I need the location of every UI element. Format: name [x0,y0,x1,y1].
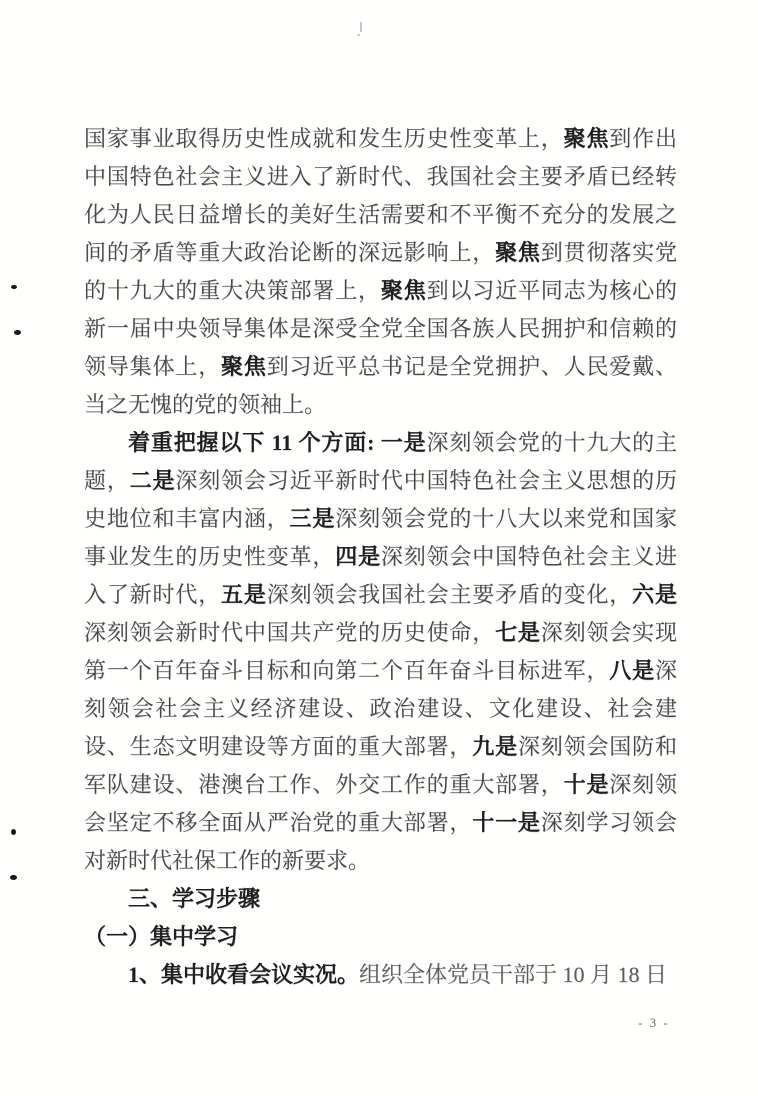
document-page: 国家事业取得历史性成就和发生历史性变革上，聚焦到作出中国特色社会主义进入了新时代… [0,0,758,1096]
text-run-bold: 八是 [609,658,655,683]
text-run-bold: 六是 [632,582,677,607]
paragraph-watch-broadcast: 1、集中收看会议实况。组织全体党员干部于 10 月 18 日 [84,956,677,994]
scan-speck [11,285,17,289]
text-run: 深刻领会我国社会主要矛盾的变化， [267,582,632,607]
text-run-bold: 十是 [564,772,610,797]
text-run-bold: 二是 [130,468,176,493]
page-number: - 3 - [638,1015,670,1031]
text-run-bold: 四是 [335,544,381,569]
text-run: 国家事业取得历史性成就和发生历史性变革上， [84,126,564,151]
scan-mark-bar [360,22,362,32]
text-run-bold: 七是 [495,620,541,645]
text-run-bold: 着重把握以下 11 个方面: 一是 [128,430,427,455]
paragraph-eleven-aspects: 着重把握以下 11 个方面: 一是深刻领会党的十九大的主题，二是深刻领会习近平新… [84,424,677,880]
body-text: 国家事业取得历史性成就和发生历史性变革上，聚焦到作出中国特色社会主义进入了新时代… [84,120,677,994]
text-run-bold: 五是 [221,582,267,607]
text-run-bold: 十一是 [472,810,541,835]
heading-study-steps: 三、学习步骤 [84,880,677,918]
scan-speck [14,330,21,335]
scan-mark-dot [357,34,360,36]
text-run-bold: 九是 [472,734,518,759]
text-run-bold: 1、集中收看会议实况。 [128,962,359,987]
text-run: 深刻领会新时代中国共产党的历史使命， [84,620,495,645]
scan-speck [11,829,16,835]
scan-speck [10,875,17,880]
text-run: 组织全体党员干部于 10 月 18 日 [359,962,667,987]
text-run-bold: 聚焦 [221,354,267,379]
scan-mark-top [356,22,366,38]
text-run-bold: 聚焦 [495,240,541,265]
heading-centralized-study: （一）集中学习 [84,918,677,956]
text-run-bold: 聚焦 [381,278,427,303]
text-run-bold: 聚焦 [564,126,610,151]
paragraph-focus-points: 国家事业取得历史性成就和发生历史性变革上，聚焦到作出中国特色社会主义进入了新时代… [84,120,677,424]
text-run-bold: 三是 [290,506,336,531]
